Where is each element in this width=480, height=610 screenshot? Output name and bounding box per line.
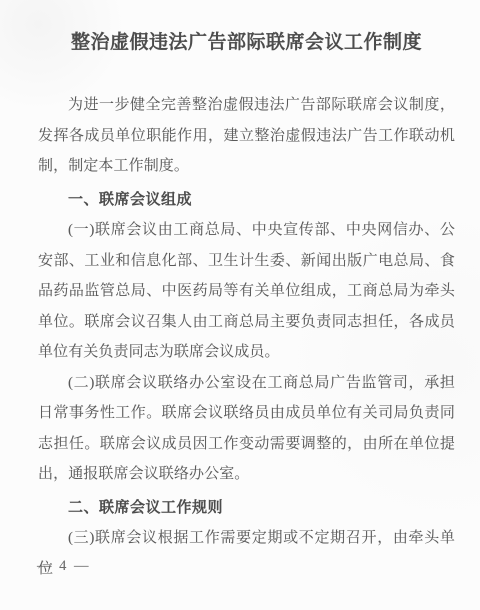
document-page: 整治虚假违法广告部际联席会议工作制度 为进一步健全完善整治虚假违法广告部际联席会… <box>0 0 480 610</box>
document-title: 整治虚假违法广告部际联席会议工作制度 <box>38 28 455 56</box>
document-body: 为进一步健全完善整治虚假违法广告部际联席会议制度，发挥各成员单位职能作用，建立整… <box>38 90 455 584</box>
clause-1-paragraph: (一)联席会议由工商总局、中央宣传部、中央网信办、公安部、工业和信息化部、卫生计… <box>38 215 455 368</box>
intro-paragraph: 为进一步健全完善整治虚假违法广告部际联席会议制度，发挥各成员单位职能作用，建立整… <box>38 90 455 182</box>
page-number: — 4 — <box>37 558 91 575</box>
section-2-heading: 二、联席会议工作规则 <box>38 493 455 524</box>
document-content: 整治虚假违法广告部际联席会议工作制度 为进一步健全完善整治虚假违法广告部际联席会… <box>0 0 480 584</box>
section-1-heading: 一、联席会议组成 <box>38 185 455 216</box>
clause-2-paragraph: (二)联席会议联络办公室设在工商总局广告监管司，承担日常事务性工作。联席会议联络… <box>38 368 455 490</box>
clause-3-paragraph: (三)联席会议根据工作需要定期或不定期召开，由牵头单位 <box>38 523 455 584</box>
